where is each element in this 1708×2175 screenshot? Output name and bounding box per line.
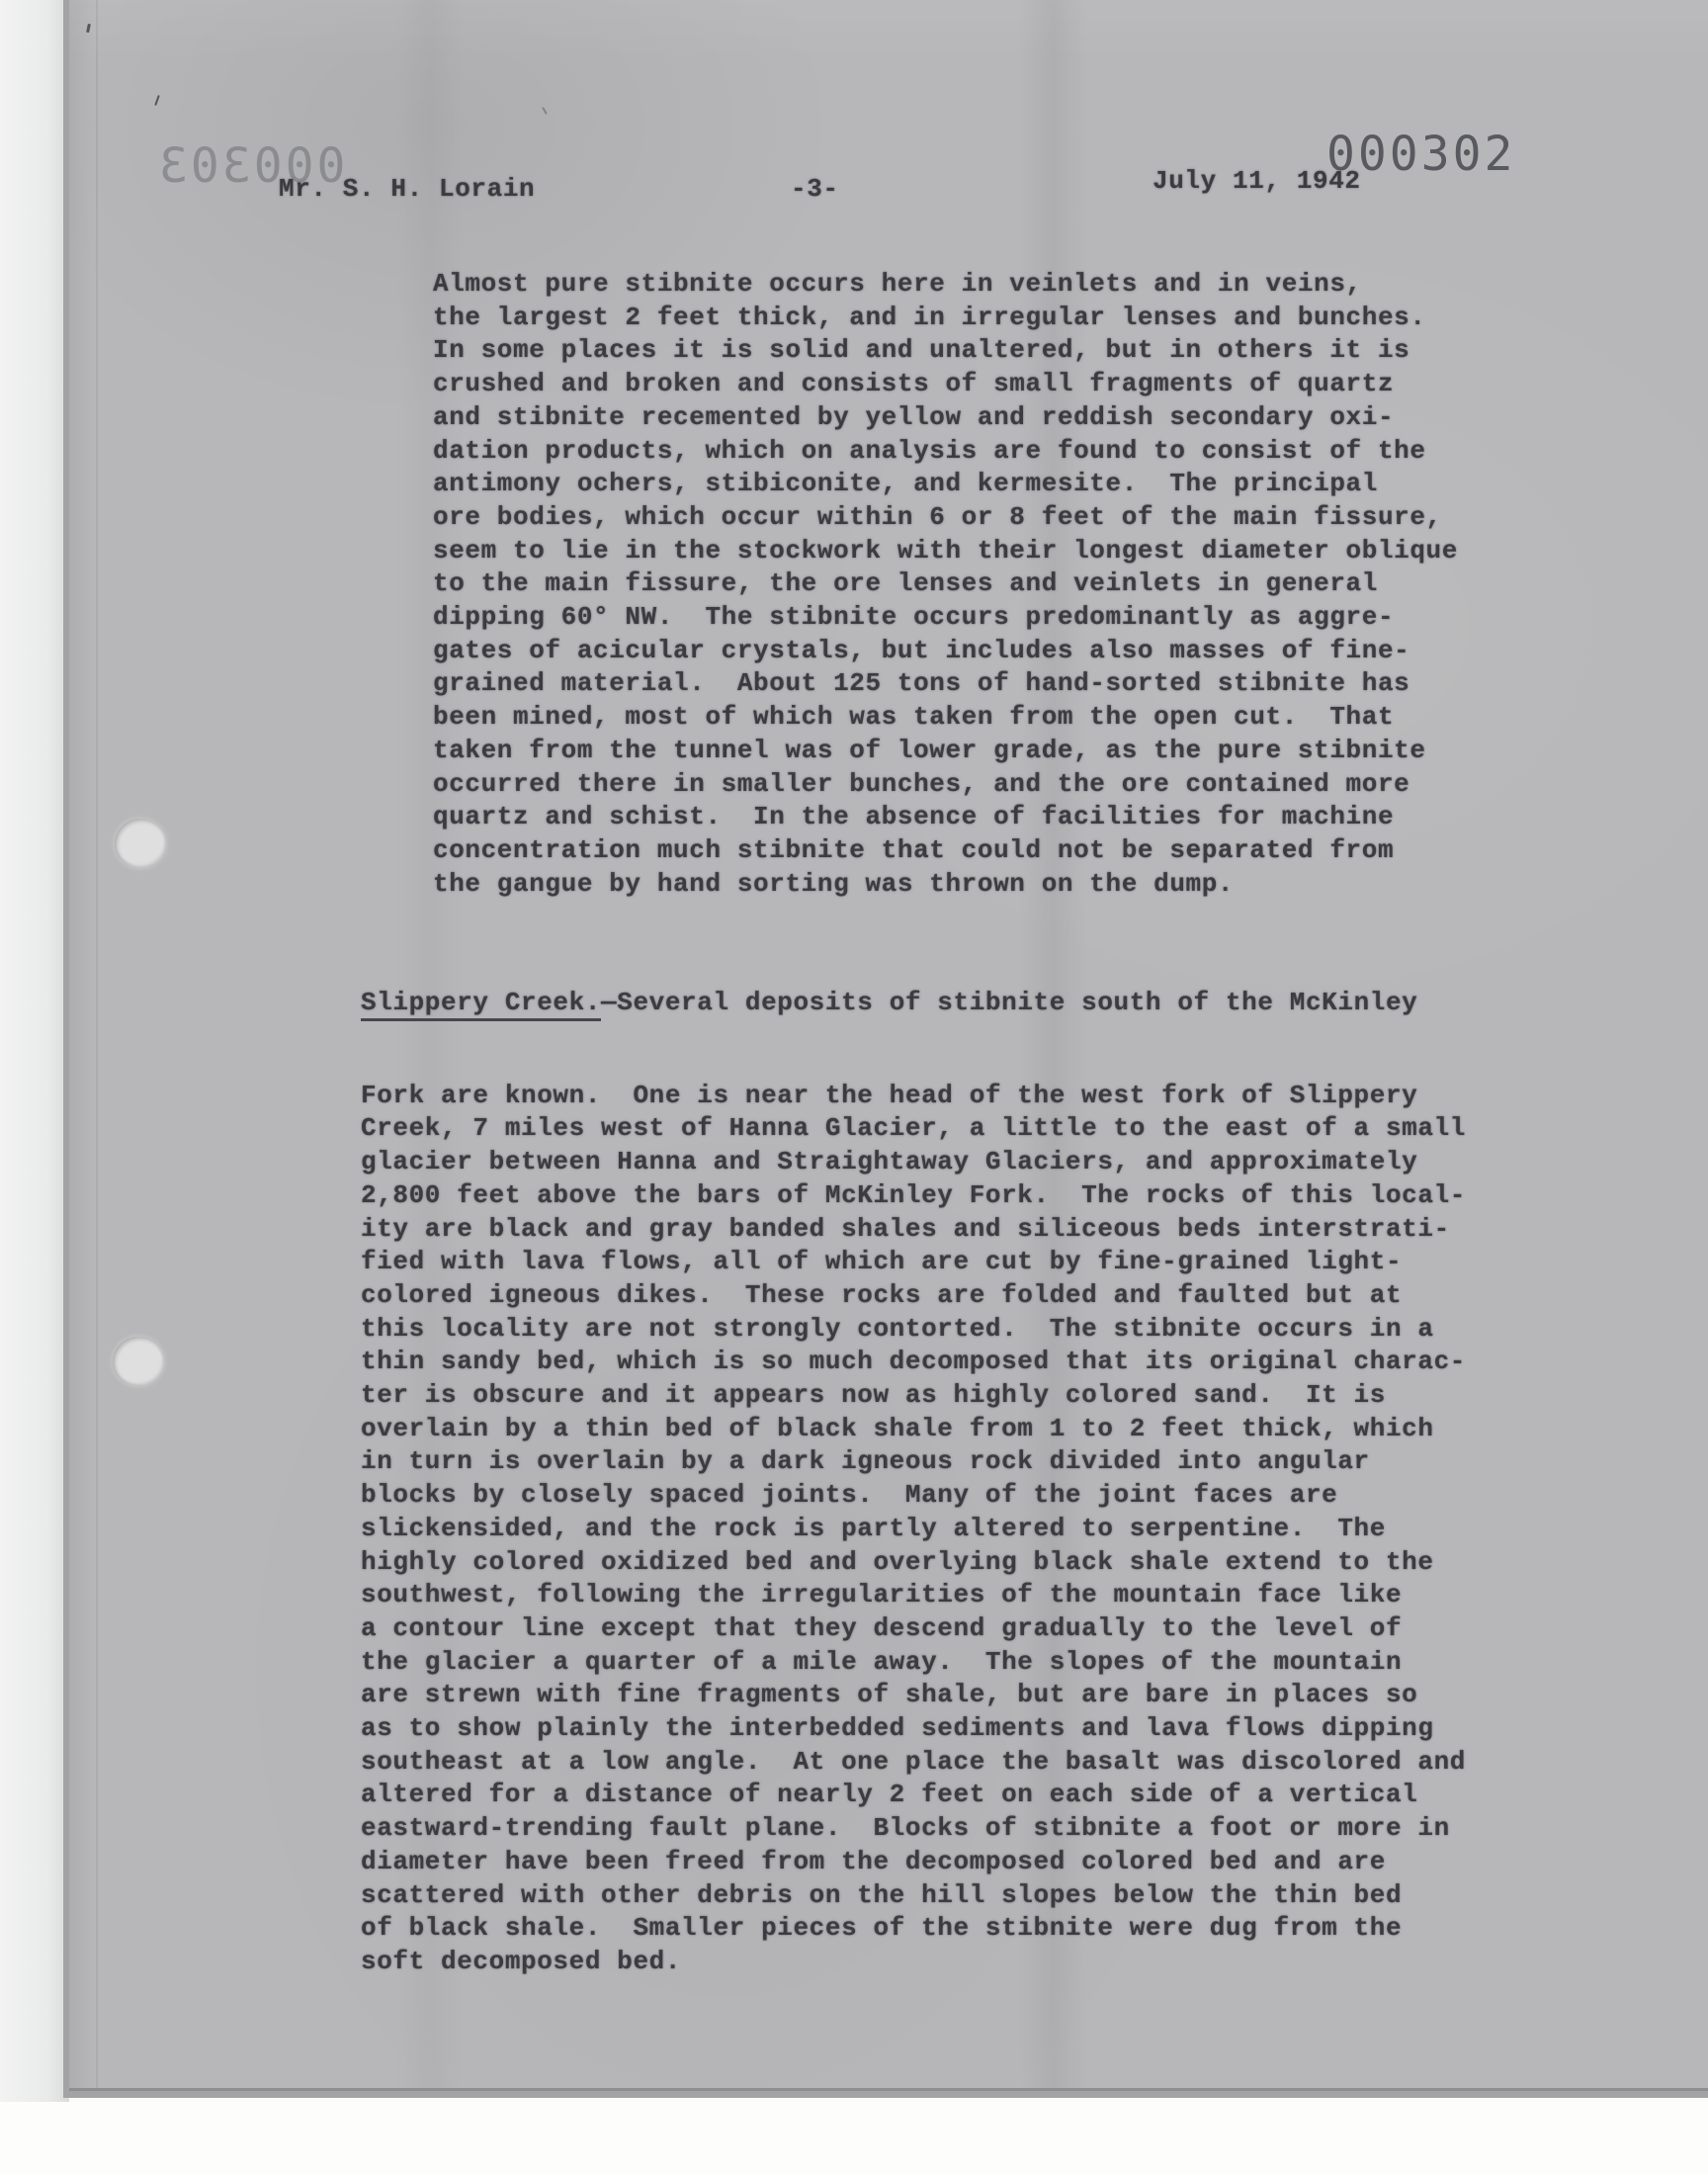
text-line: scattered with other debris on the hill … xyxy=(361,1879,1466,1913)
scan-speck xyxy=(154,95,160,106)
text-line: Fork are known. One is near the head of … xyxy=(361,1080,1466,1113)
text-line: colored igneous dikes. These rocks are f… xyxy=(361,1279,1466,1313)
text-line: Almost pure stibnite occurs here in vein… xyxy=(433,268,1458,302)
section-heading-continuation: —Several deposits of stibnite south of t… xyxy=(601,988,1417,1017)
text-line: to the main fissure, the ore lenses and … xyxy=(433,567,1458,601)
text-line: overlain by a thin bed of black shale fr… xyxy=(361,1413,1466,1446)
text-line: thin sandy bed, which is so much decompo… xyxy=(361,1346,1466,1379)
text-line: soft decomposed bed. xyxy=(361,1946,1466,1979)
text-line: a contour line except that they descend … xyxy=(361,1612,1466,1646)
text-line: altered for a distance of nearly 2 feet … xyxy=(361,1779,1466,1812)
text-line: antimony ochers, stibiconite, and kermes… xyxy=(433,468,1458,501)
text-line: in turn is overlain by a dark igneous ro… xyxy=(361,1445,1466,1479)
paper-fold-line xyxy=(96,0,98,2088)
punch-hole xyxy=(113,1337,164,1386)
text-line: diameter have been freed from the decomp… xyxy=(361,1846,1466,1879)
text-line: 2,800 feet above the bars of McKinley Fo… xyxy=(361,1179,1466,1213)
text-line: ity are black and gray banded shales and… xyxy=(361,1213,1466,1247)
scanned-document-page: 000303 000302 Mr. S. H. Lorain -3- July … xyxy=(0,0,1708,2175)
text-line: grained material. About 125 tons of hand… xyxy=(433,667,1458,701)
text-line: highly colored oxidized bed and overlyin… xyxy=(361,1546,1466,1580)
text-line: gates of acicular crystals, but includes… xyxy=(433,635,1458,668)
text-line: occurred there in smaller bunches, and t… xyxy=(433,768,1458,802)
section-heading-underlined: Slippery Creek. xyxy=(361,988,601,1021)
text-line: quartz and schist. In the absence of fac… xyxy=(433,801,1458,834)
text-line: taken from the tunnel was of lower grade… xyxy=(433,735,1458,768)
paragraph-stibnite-occurrence: Almost pure stibnite occurs here in vein… xyxy=(433,268,1458,901)
header-page-number: -3- xyxy=(791,174,839,204)
scan-bottom-margin xyxy=(0,2102,1708,2175)
text-line: as to show plainly the interbedded sedim… xyxy=(361,1712,1466,1746)
header-recipient: Mr. S. H. Lorain xyxy=(279,174,535,204)
text-line: eastward-trending fault plane. Blocks of… xyxy=(361,1812,1466,1846)
text-line: dation products, which on analysis are f… xyxy=(433,435,1458,469)
text-line: are strewn with fine fragments of shale,… xyxy=(361,1679,1466,1712)
text-line: and stibnite recemented by yellow and re… xyxy=(433,401,1458,435)
scan-left-margin xyxy=(0,0,69,2102)
scan-speck xyxy=(542,107,548,115)
text-line: Slippery Creek.—Several deposits of stib… xyxy=(361,987,1466,1020)
text-line: Creek, 7 miles west of Hanna Glacier, a … xyxy=(361,1112,1466,1146)
text-line: fied with lava flows, all of which are c… xyxy=(361,1246,1466,1279)
text-line: seem to lie in the stockwork with their … xyxy=(433,535,1458,568)
text-line: crushed and broken and consists of small… xyxy=(433,368,1458,401)
text-line: the largest 2 feet thick, and in irregul… xyxy=(433,302,1458,335)
text-line: slickensided, and the rock is partly alt… xyxy=(361,1513,1466,1546)
text-line: the glacier a quarter of a mile away. Th… xyxy=(361,1646,1466,1680)
header-date: July 11, 1942 xyxy=(1153,166,1361,196)
text-line: the gangue by hand sorting was thrown on… xyxy=(433,868,1458,902)
text-line: been mined, most of which was taken from… xyxy=(433,701,1458,735)
text-line: glacier between Hanna and Straightaway G… xyxy=(361,1146,1466,1179)
text-line: ore bodies, which occur within 6 or 8 fe… xyxy=(433,501,1458,535)
text-line: this locality are not strongly contorted… xyxy=(361,1313,1466,1347)
text-line: ter is obscure and it appears now as hig… xyxy=(361,1379,1466,1413)
punch-hole xyxy=(115,819,166,868)
text-line: In some places it is solid and unaltered… xyxy=(433,334,1458,368)
text-line: of black shale. Smaller pieces of the st… xyxy=(361,1912,1466,1946)
text-line: concentration much stibnite that could n… xyxy=(433,834,1458,868)
text-line: southwest, following the irregularities … xyxy=(361,1579,1466,1612)
text-line: southeast at a low angle. At one place t… xyxy=(361,1746,1466,1780)
paragraph-continuation: Fork are known. One is near the head of … xyxy=(361,1080,1466,1979)
text-line: dipping 60° NW. The stibnite occurs pred… xyxy=(433,601,1458,635)
paper-sheet: 000303 000302 Mr. S. H. Lorain -3- July … xyxy=(69,0,1708,2091)
text-line: blocks by closely spaced joints. Many of… xyxy=(361,1479,1466,1513)
scan-speck xyxy=(86,24,91,33)
paragraph-slippery-creek: Slippery Creek.—Several deposits of stib… xyxy=(361,927,1466,2039)
